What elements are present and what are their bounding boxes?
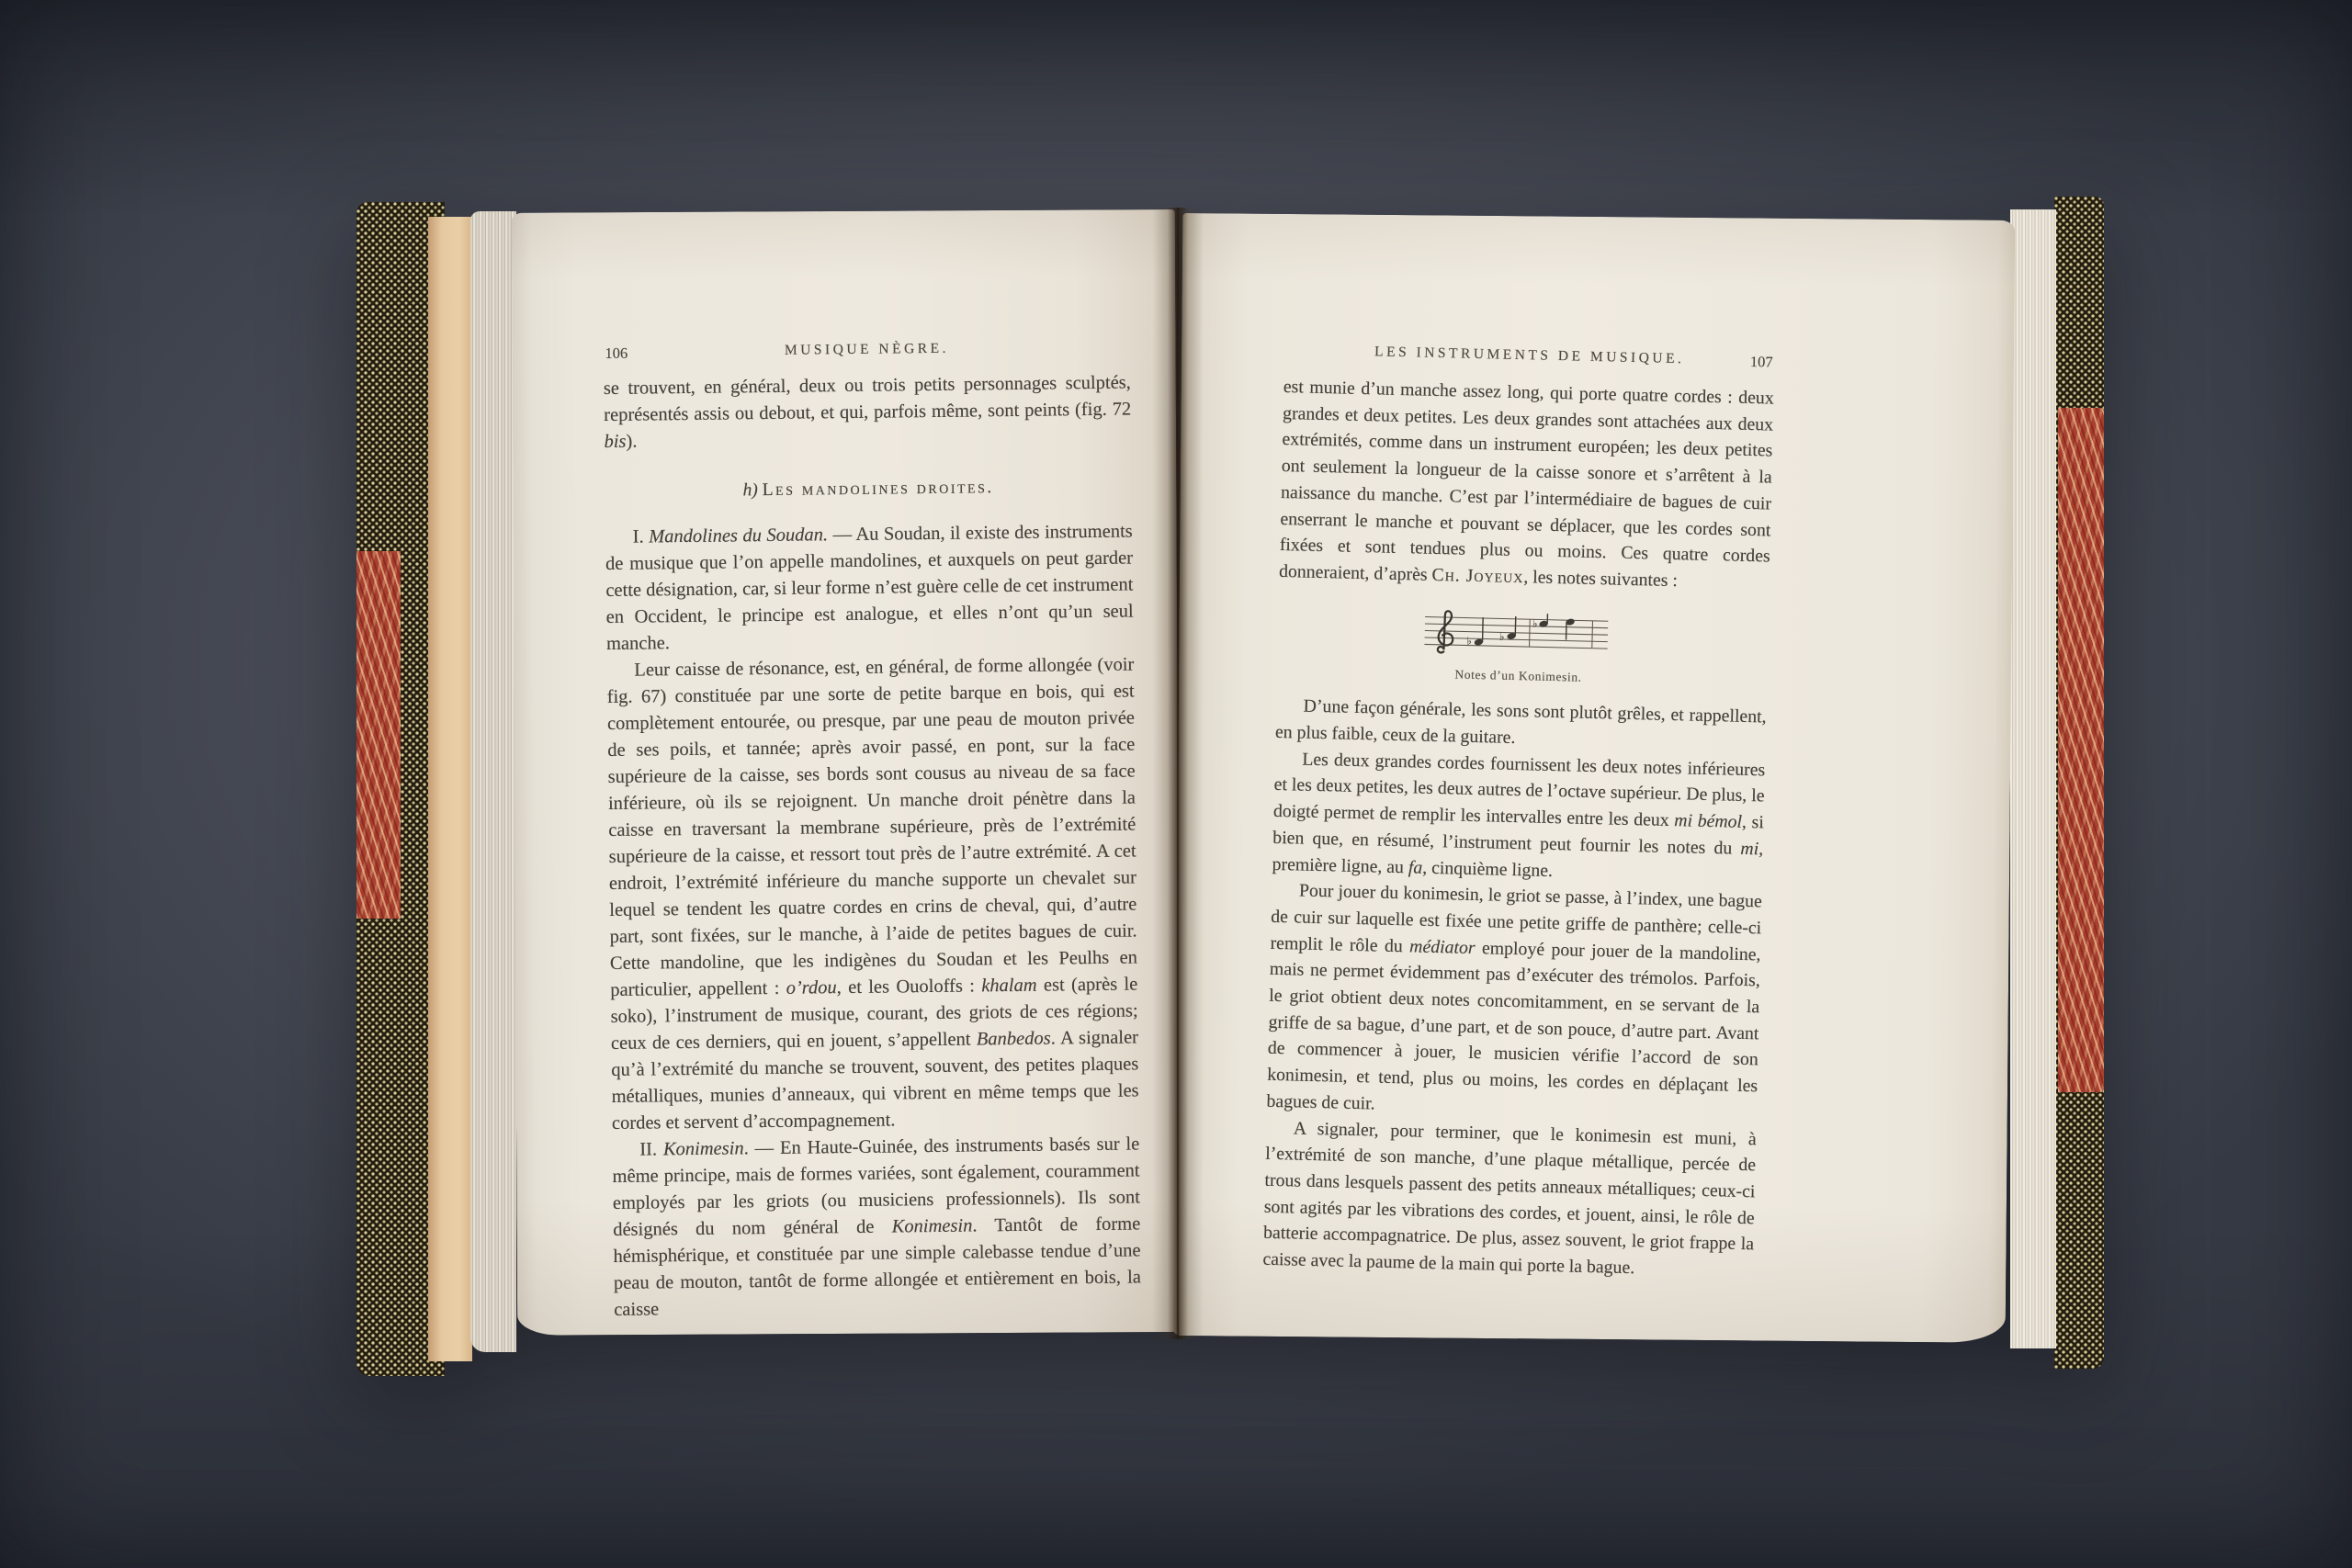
paragraph: I. Mandolines du Soudan. — Au Soudan, il… <box>605 519 1135 659</box>
page-number-left: 106 <box>605 340 628 367</box>
flat-sign: ♭ <box>1466 634 1472 647</box>
flat-sign: ♭ <box>1532 616 1538 629</box>
running-head-left: MUSIQUE NÈGRE. <box>603 333 1130 367</box>
right-page: LES INSTRUMENTS DE MUSIQUE. 107 est muni… <box>1173 213 2016 1343</box>
paragraph: II. Konimesin. — En Haute-Guinée, des in… <box>612 1131 1141 1323</box>
figure-caption: Notes d’un Konimesin. <box>1414 660 1623 692</box>
right-paragraphs-bottom: D’une façon générale, les sons sont plut… <box>1262 693 1767 1284</box>
section-heading: h) Les mandolines droites. <box>605 473 1132 506</box>
right-page-text: LES INSTRUMENTS DE MUSIQUE. 107 est muni… <box>1262 337 1775 1284</box>
left-running-head-row: 106 MUSIQUE NÈGRE. <box>603 333 1130 369</box>
running-head-right: LES INSTRUMENTS DE MUSIQUE. <box>1283 337 1775 375</box>
note-stem <box>1515 616 1516 637</box>
marbled-cover-left <box>356 551 401 919</box>
paragraph: Les deux grandes cordes fournissent les … <box>1272 746 1765 889</box>
note-stem <box>1483 617 1484 642</box>
marbled-cover-right <box>2058 408 2104 1092</box>
music-notes: ♭♭♭ <box>1466 612 1576 649</box>
left-page: 106 MUSIQUE NÈGRE. se trouvent, en génér… <box>512 209 1181 1336</box>
music-notation-figure: ♭♭♭ Notes d’un Konimesin. <box>1414 601 1623 692</box>
right-paragraphs-top: est munie d’un manche assez long, qui po… <box>1279 374 1774 596</box>
paragraph: Leur caisse de résonance, est, en généra… <box>606 651 1139 1136</box>
paragraph: Pour jouer du konimesin, le griot se pas… <box>1266 877 1762 1126</box>
flat-sign: ♭ <box>1499 629 1505 642</box>
endpaper-edge <box>428 217 472 1361</box>
left-paragraphs-top: se trouvent, en général, deux ou trois p… <box>604 370 1132 457</box>
page-edges-right <box>2010 209 2056 1348</box>
paragraph: A signaler, pour terminer, que le konime… <box>1262 1114 1757 1284</box>
page-edges-left <box>470 211 516 1352</box>
open-book: 106 MUSIQUE NÈGRE. se trouvent, en génér… <box>356 197 2104 1376</box>
photo-backdrop: 106 MUSIQUE NÈGRE. se trouvent, en génér… <box>0 0 2352 1568</box>
page-number-right: 107 <box>1750 349 1773 376</box>
paragraph: se trouvent, en général, deux ou trois p… <box>604 370 1132 457</box>
right-running-head-row: LES INSTRUMENTS DE MUSIQUE. 107 <box>1283 337 1775 378</box>
left-paragraphs-main: I. Mandolines du Soudan. — Au Soudan, il… <box>605 519 1142 1324</box>
left-page-text: 106 MUSIQUE NÈGRE. se trouvent, en génér… <box>603 333 1141 1324</box>
paragraph: est munie d’un manche assez long, qui po… <box>1279 374 1774 596</box>
music-staff: ♭♭♭ <box>1415 601 1623 659</box>
